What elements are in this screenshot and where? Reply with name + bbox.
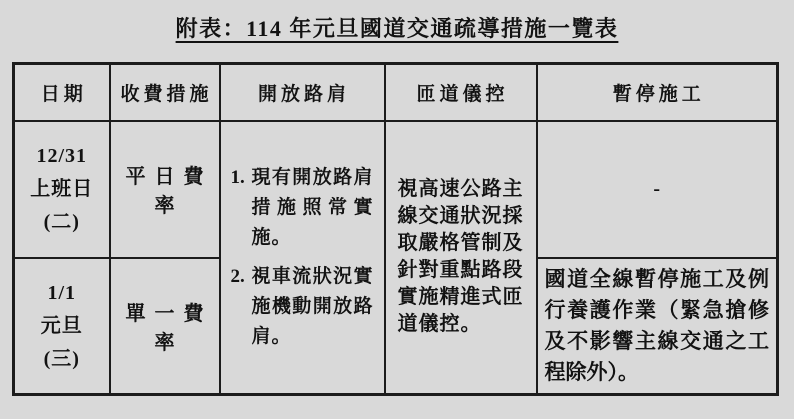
cell-toll-jan1: 單一費率 <box>110 258 220 395</box>
col-header-toll: 收費措施 <box>110 64 220 121</box>
date-weekday: (二) <box>15 209 109 235</box>
cell-suspension-jan1: 國道全線暫停施工及例行養護作業（緊急搶修及不影響主線交通之工程除外）。 <box>537 258 778 395</box>
list-item-text: 現有開放路肩措施照常實施。 <box>252 163 374 253</box>
col-header-ramp: 匝道儀控 <box>385 64 537 121</box>
shoulder-item-1: 1. 現有開放路肩措施照常實施。 <box>231 163 374 253</box>
date-weekday: (三) <box>15 346 109 372</box>
cell-date-dec31: 12/31 上班日 (二) <box>14 121 110 258</box>
row-dec31: 12/31 上班日 (二) 平日費率 1. 現有開放路肩措施照常實施。 2. 視… <box>14 121 778 258</box>
date-daytype: 上班日 <box>15 176 109 202</box>
list-item-number: 2. <box>231 262 252 352</box>
cell-ramp-merged: 視高速公路主線交通狀況採取嚴格管制及針對重點路段實施精進式匝道儀控。 <box>385 121 537 395</box>
document-title: 附表：114 年元旦國道交通疏導措施一覽表 <box>0 12 794 43</box>
date-number: 12/31 <box>15 143 109 169</box>
cell-suspension-dec31: - <box>537 121 778 258</box>
measures-table: 日期 收費措施 開放路肩 匝道儀控 暫停施工 12/31 上班日 (二) 平日費… <box>12 62 779 396</box>
cell-date-jan1: 1/1 元旦 (三) <box>14 258 110 395</box>
col-header-date: 日期 <box>14 64 110 121</box>
list-item-number: 1. <box>231 163 252 253</box>
document-page: 附表：114 年元旦國道交通疏導措施一覽表 日期 收費措施 開放路肩 匝道儀控 … <box>0 0 794 419</box>
cell-shoulder-merged: 1. 現有開放路肩措施照常實施。 2. 視車流狀況實施機動開放路肩。 <box>220 121 385 395</box>
date-daytype: 元旦 <box>15 313 109 339</box>
header-row: 日期 收費措施 開放路肩 匝道儀控 暫停施工 <box>14 64 778 121</box>
list-item-text: 視車流狀況實施機動開放路肩。 <box>252 262 374 352</box>
cell-toll-dec31: 平日費率 <box>110 121 220 258</box>
date-number: 1/1 <box>15 280 109 306</box>
shoulder-item-2: 2. 視車流狀況實施機動開放路肩。 <box>231 262 374 352</box>
col-header-shoulder: 開放路肩 <box>220 64 385 121</box>
col-header-suspension: 暫停施工 <box>537 64 778 121</box>
